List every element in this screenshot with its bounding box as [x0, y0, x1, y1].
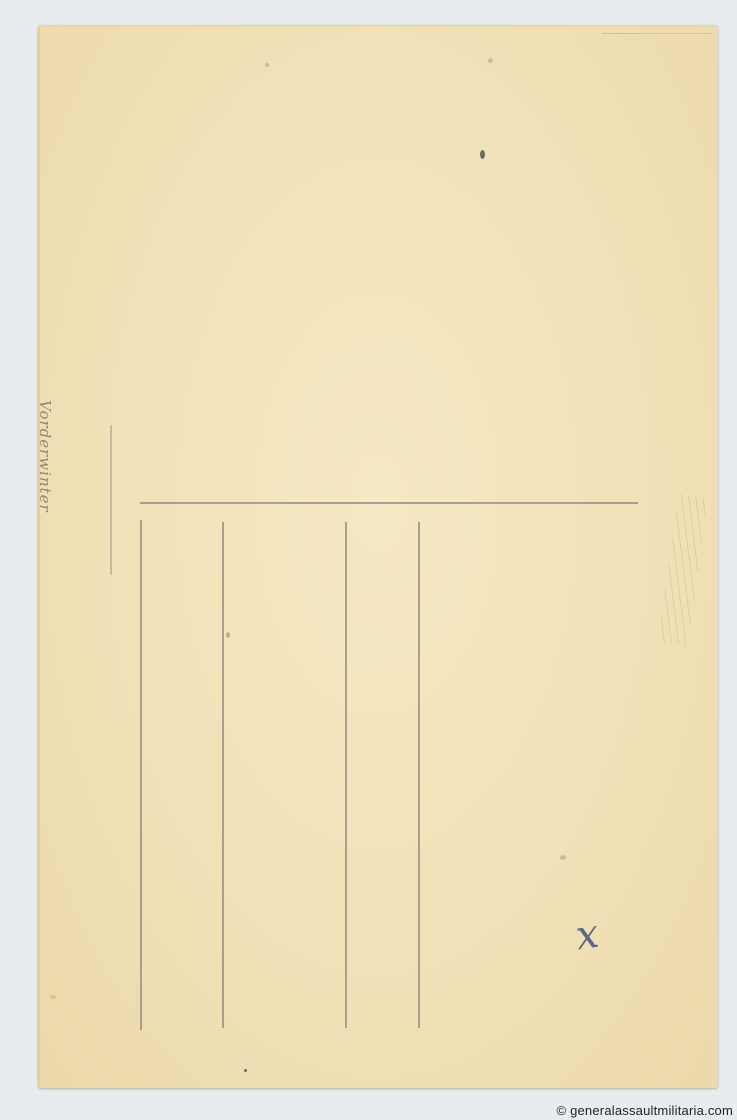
address-line-4	[418, 522, 420, 1028]
address-divider-horizontal	[140, 502, 638, 504]
pencil-handwriting: Vorderwinter	[36, 400, 54, 560]
foxing-spot	[50, 995, 56, 999]
foxing-spot	[488, 58, 493, 63]
foxing-spot	[560, 855, 566, 860]
foxing-spot	[226, 632, 230, 638]
top-edge-fold	[602, 25, 712, 34]
dark-spot	[480, 150, 485, 159]
address-line-2	[222, 522, 224, 1028]
dark-spot	[244, 1069, 247, 1072]
foxing-spot	[265, 63, 269, 67]
watermark: © generalassaultmilitaria.com	[556, 1103, 733, 1118]
smudge-mark	[658, 494, 709, 647]
address-line-3	[345, 522, 347, 1028]
address-line-1	[140, 520, 142, 1030]
pencil-underline	[110, 425, 112, 575]
